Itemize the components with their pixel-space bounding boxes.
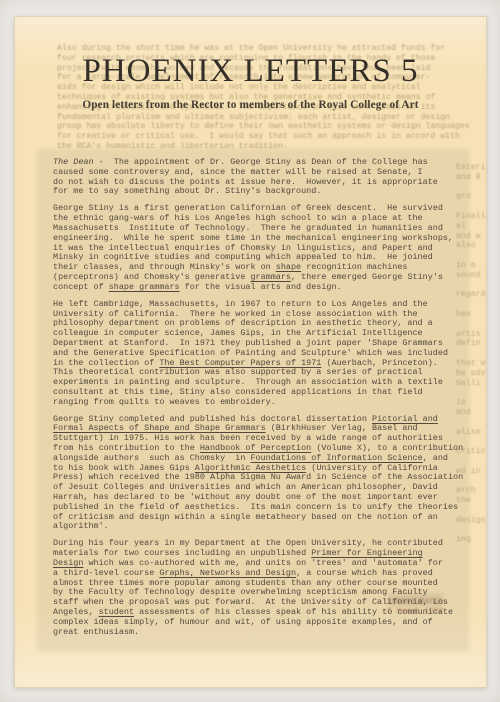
scanned-letter-canvas: Also during the short time he was at the… [0,0,500,702]
ghost-signature-block: Lionel March8 March 1982 [387,598,443,618]
ghost-line: for creative or critical use. I would sa… [57,132,485,142]
letter-body: The Dean - The appointment of Dr. George… [53,158,474,645]
ghost-signature-line: Lionel March [387,598,443,608]
body-line: ranging from quilts to weaves to embroid… [53,398,474,408]
body-paragraph: During his four years in my Department a… [53,539,474,637]
ghost-line: fundamental pluralism and ultimate subje… [57,113,485,123]
body-line: concept of shape grammars for the visual… [53,283,474,293]
letter-subtitle: Open letters from the Rector to members … [15,99,486,111]
body-line: algorithm'. [53,522,474,532]
ghost-line: group has absolute liberty to define the… [57,122,485,132]
ghost-signature-line: 8 March 1982 [387,608,443,618]
body-line: of criticism and design within a single … [53,513,474,523]
body-paragraph: He left Cambridge, Massachusetts, in 196… [53,300,474,408]
body-line: great enthusiasm. [53,628,474,638]
body-line: for me to say something about Dr. Stiny'… [53,187,474,197]
body-paragraph: The Dean - The appointment of Dr. George… [53,158,474,197]
body-paragraph: George Stiny completed and published his… [53,415,474,533]
body-paragraph: George Stiny is a first generation Calif… [53,204,474,292]
document-page: Also during the short time he was at the… [14,16,487,688]
letter-title: PHOENIX LETTERS 5 [15,53,486,90]
